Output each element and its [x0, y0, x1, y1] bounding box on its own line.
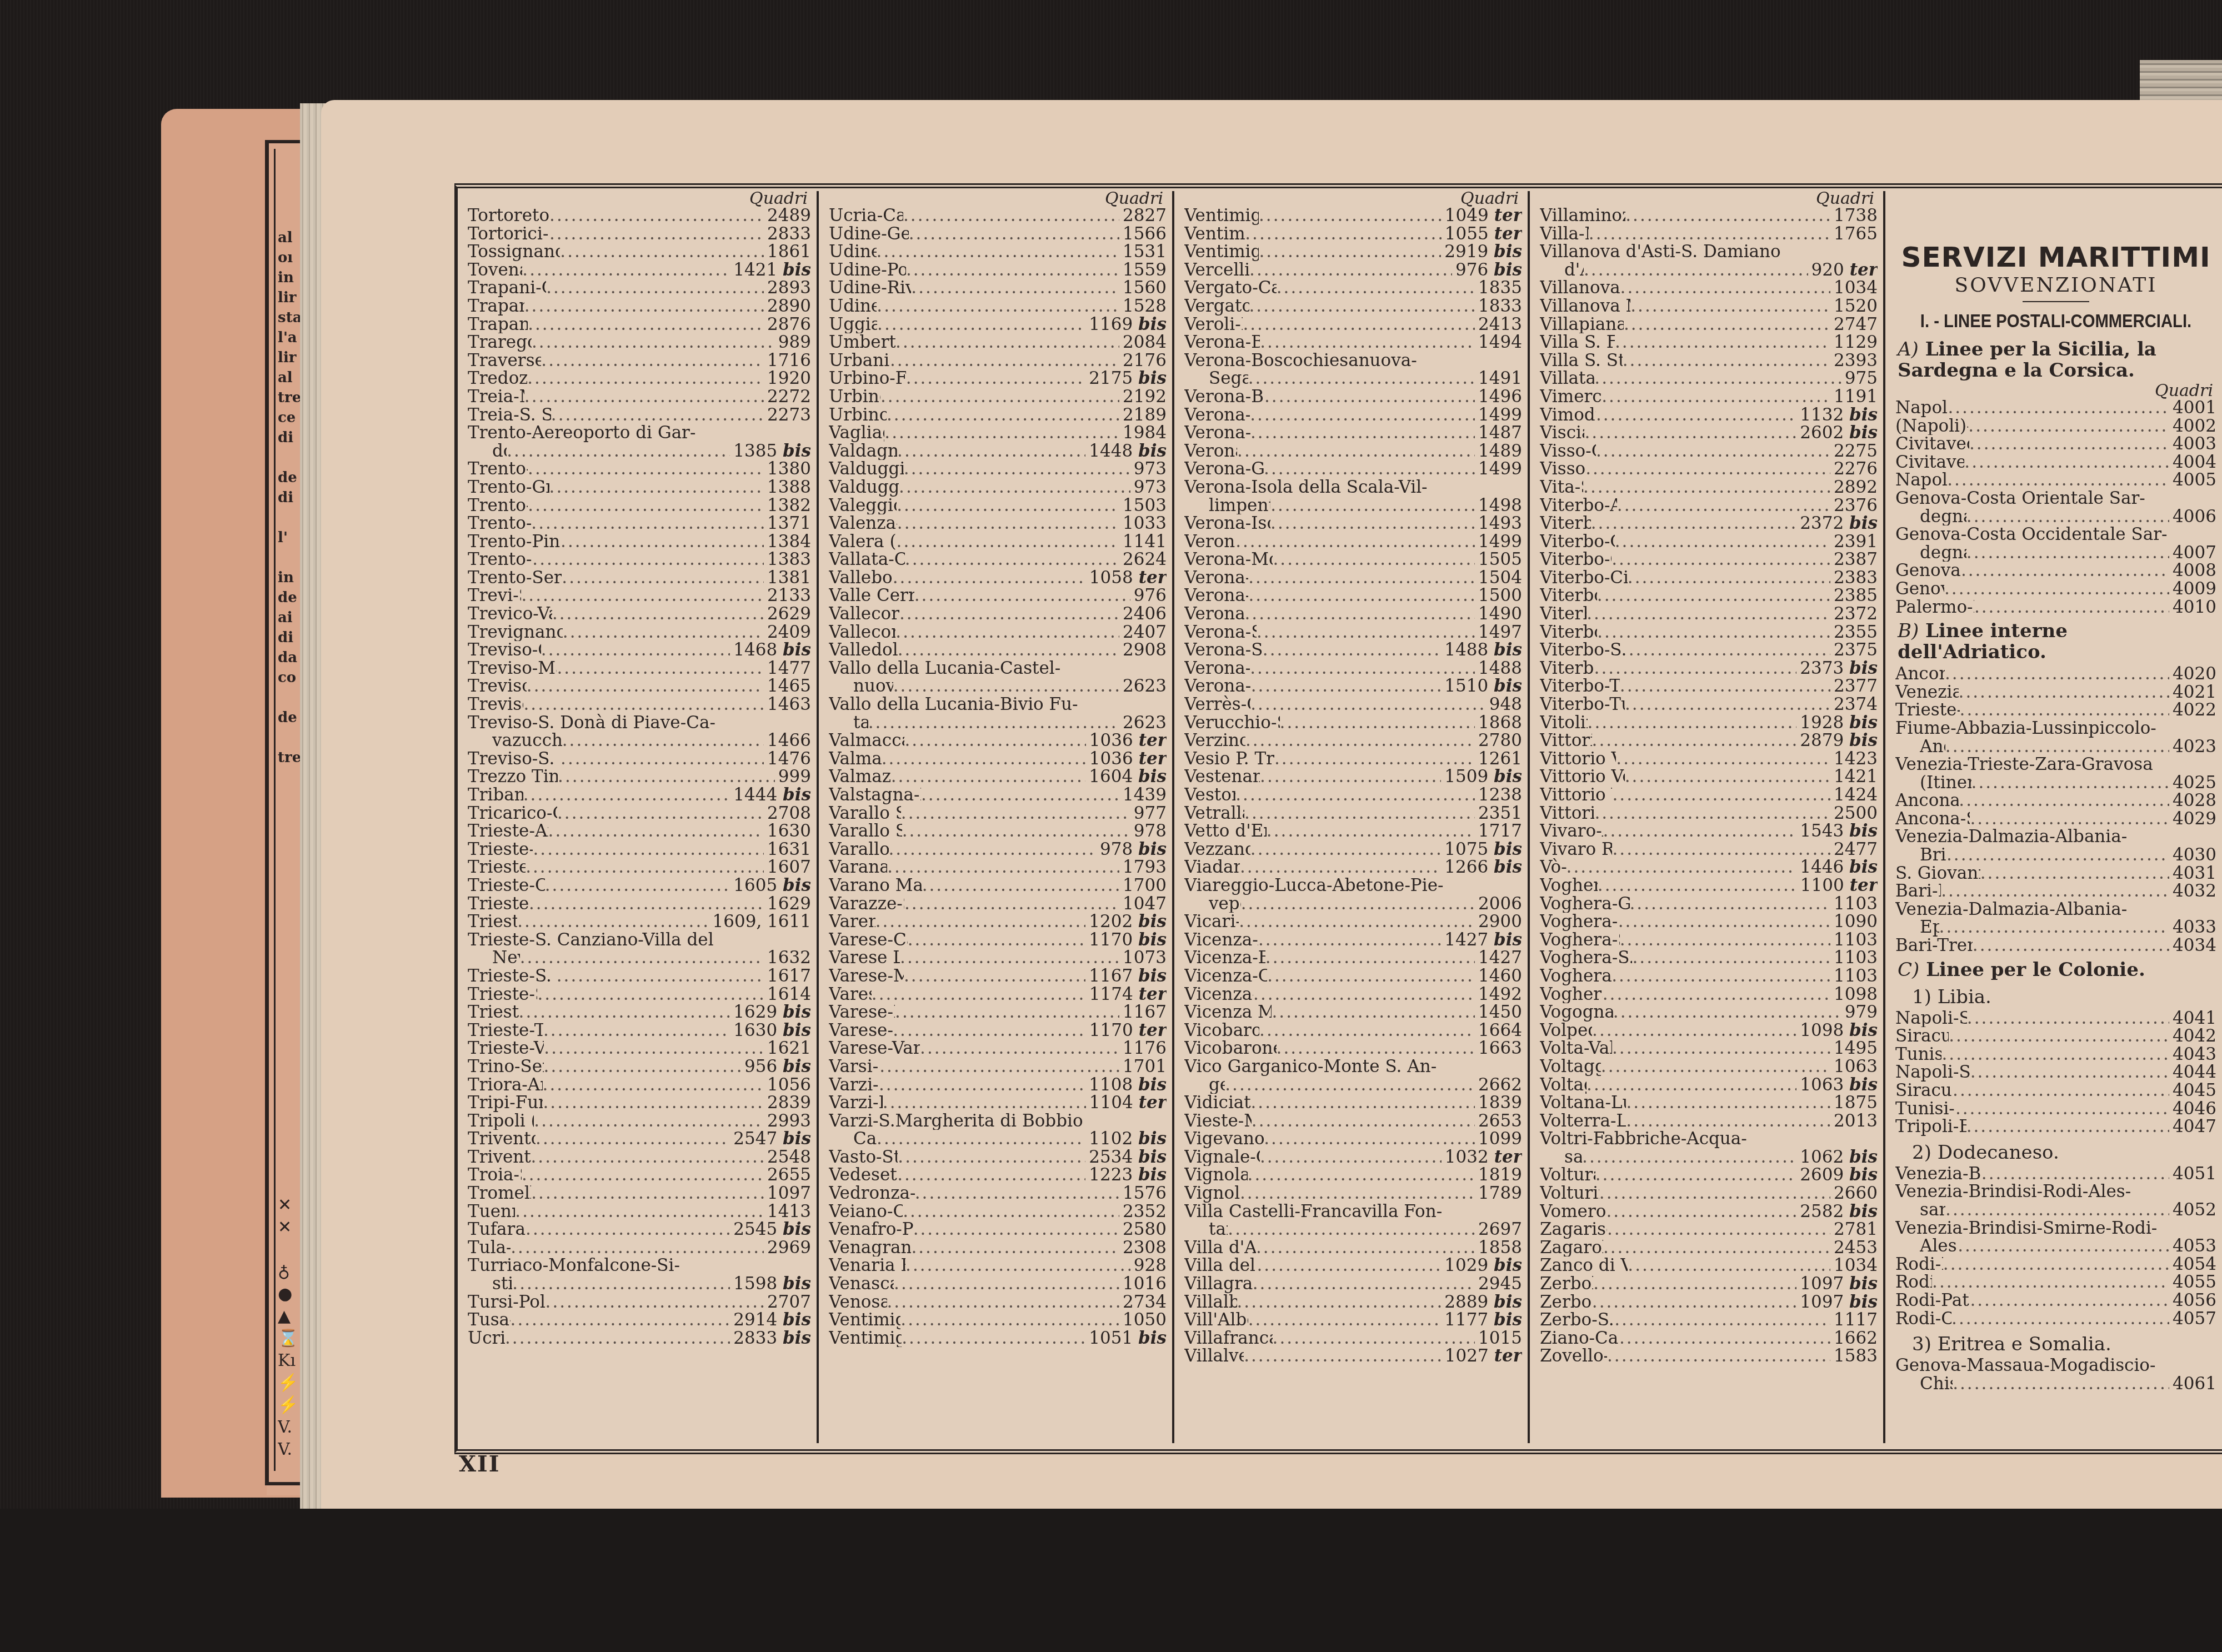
quadri-value: 1238: [1478, 786, 1522, 804]
leader-dots: [1596, 406, 1796, 424]
index-entry: Umbertide-Cortona2084: [829, 333, 1167, 352]
entry-name: Siracusa-Bengasi: [1895, 1082, 1953, 1100]
quadri-value: 1819: [1478, 1166, 1522, 1184]
quadri-value: 1090: [1834, 913, 1878, 931]
index-entry: Viadana-Brescello1266 bis: [1184, 858, 1522, 877]
entry-name: Verona-Povegliano: [1184, 587, 1248, 605]
entry-name: Valduggia-Borgosesia: [829, 460, 904, 478]
index-entry: Udine-Rivignano-Latisana1560: [829, 279, 1167, 297]
quadri-number: 1520: [1830, 297, 1878, 316]
quadri-number: 2273: [764, 406, 811, 424]
leader-dots: [1601, 1058, 1830, 1076]
quadri-value: 1543: [1800, 822, 1844, 840]
index-entry: Zagarise-Catanzaro2781: [1540, 1220, 1878, 1239]
group-heading: B) Linee interne dell'Adriatico.: [1895, 620, 2216, 663]
subgroup-heading: 2) Dodecaneso.: [1895, 1140, 2216, 1165]
index-entry: Vill'Albese-Erba Staz.1177 bis: [1184, 1311, 1522, 1329]
quadri-number: 2708: [764, 804, 811, 823]
quadri-value: 1868: [1478, 714, 1522, 732]
leader-dots: [891, 768, 1086, 786]
index-entry: Ancona-Spalato-Gravosa4029: [1895, 810, 2216, 828]
quadri-number: 1488 bis: [1441, 641, 1522, 659]
quadri-number: 2175 bis: [1085, 369, 1167, 388]
quadri-suffix: bis: [1138, 442, 1167, 460]
quadri-suffix: bis: [1138, 1329, 1167, 1348]
index-entry: Zerbo-S. Zenone-Pavia1117: [1540, 1311, 1878, 1329]
entry-continuation: nuovo Vallo2623: [829, 677, 1167, 695]
quadri-number: 4006: [2169, 508, 2216, 526]
entry-name: Trieste-S. Daniele del Carso: [468, 967, 557, 985]
index-entry: Tossignano-Borgo Tossignano1861: [468, 243, 811, 261]
entry-name: Viterbo-Bagnaia: [1540, 514, 1591, 533]
quadri-value: 2747: [1834, 316, 1878, 334]
quadri-number: 4009: [2169, 580, 2216, 598]
leader-dots: [543, 1022, 730, 1040]
entry-name: Bari-Tremiti-Manfredonia: [1895, 937, 1973, 955]
quadri-number: 1384: [764, 533, 811, 551]
leader-dots: [882, 750, 1086, 768]
leader-dots: [1603, 822, 1797, 840]
leader-dots: [1248, 587, 1475, 605]
entry-name: Treviso-Padova: [468, 695, 523, 714]
leader-dots: [1265, 949, 1475, 967]
entry-name: Zagarolo-Stazione: [1540, 1239, 1603, 1257]
quadri-value: 1793: [1123, 858, 1167, 877]
leader-dots: [1613, 1003, 1841, 1022]
index-entry: Varese-Varano Borghi Ternate1176: [829, 1039, 1167, 1058]
quadri-value: 4045: [2173, 1082, 2216, 1100]
entry-name: Ancona-Zara-Fiume: [1895, 792, 1959, 810]
quadri-number: 2548: [764, 1148, 811, 1167]
index-entry: Vò-Este1446 bis: [1540, 858, 1878, 877]
index-entry: Vezzano Ligure-Spezia1075 bis: [1184, 840, 1522, 859]
entry-name: Napoli-Siracusa-Tripoli: [1895, 1009, 1967, 1028]
entry-name: Volpedo-Voghera: [1540, 1022, 1592, 1040]
entry-name: Visso-Camerino: [1540, 442, 1596, 460]
entry-name: Napoli-Cagliari: [1895, 471, 1947, 489]
quadri-value: 2006: [1478, 895, 1522, 913]
index-entry: Tula-Ozieri2969: [468, 1239, 811, 1257]
quadri-value: 1016: [1123, 1275, 1167, 1293]
index-entry: Trivento-Montefalcone2547 bis: [468, 1130, 811, 1148]
leader-dots: [1945, 665, 2169, 683]
quadri-number: 1034: [1830, 279, 1878, 297]
quadri-value: 975: [1845, 369, 1878, 388]
quadri-number: 1029 bis: [1441, 1256, 1522, 1275]
index-entry: Traversetolo-Scurano1716: [468, 352, 811, 370]
leader-dots: [529, 895, 764, 913]
leader-dots: [1626, 1094, 1830, 1112]
index-entry: Trezzo Tinella-Bivio Trezzo999: [468, 768, 811, 786]
quadri-value: 973: [1134, 478, 1167, 497]
quadri-number: 1102 bis: [1085, 1130, 1167, 1148]
quadri-value: 1108: [1089, 1076, 1133, 1094]
quadri-number: 2879 bis: [1796, 732, 1878, 750]
index-entry: Ventimiglia-Perinaldo1050: [829, 1311, 1167, 1329]
entry-name: Vivaro Romano-Arsoli: [1540, 840, 1612, 859]
entry-name: Tribano-Conselve: [468, 786, 523, 804]
quadri-number: 1223 bis: [1085, 1166, 1167, 1184]
quadri-number: 2385: [1830, 587, 1878, 605]
leader-dots: [1239, 913, 1475, 931]
leader-dots: [1259, 243, 1441, 261]
quadri-value: 1382: [767, 497, 811, 515]
entry-name: Vivaro-Arba-Maniago: [1540, 822, 1603, 840]
index-entry: Viterbo-Tarquinia2373 bis: [1540, 659, 1878, 678]
quadri-suffix: bis: [1849, 1076, 1878, 1094]
quadri-number: 4041: [2169, 1009, 2216, 1028]
quadri-number: 978: [1130, 822, 1167, 840]
quadri-value: 2376: [1834, 497, 1878, 515]
index-entry: Viterbo-Acquapendente2376: [1540, 497, 1878, 515]
entry-name: Vergato-Castel Aiano-Montese: [1184, 279, 1277, 297]
index-entry: (Napoli)-Palermo-Tunisi4002: [1895, 417, 2216, 435]
quadri-value: 2655: [767, 1166, 811, 1184]
leader-dots: [1964, 453, 2169, 472]
quadri-number: 1056: [764, 1076, 811, 1094]
leader-dots: [1277, 1039, 1475, 1058]
entry-continuation: degna-Palermo4007: [1895, 544, 2216, 562]
entry-name: Veroli-Frosinone: [1184, 316, 1243, 334]
entry-name: Venezia-Dalmazia-Albania-: [1895, 828, 2216, 846]
quadri-value: 1097: [1800, 1275, 1844, 1293]
entry-name: Voghera-Casteggio: [1540, 877, 1598, 895]
leader-dots: [1624, 316, 1830, 334]
quadri-number: 4010: [2169, 598, 2216, 617]
quadri-value: 1015: [1478, 1329, 1522, 1348]
entry-name: Tripoli (Autovie di): [468, 1112, 534, 1130]
leader-dots: [528, 497, 764, 515]
quadri-value: 2993: [767, 1112, 811, 1130]
leader-dots: [887, 1293, 1120, 1311]
leader-dots: [1603, 1239, 1830, 1257]
quadri-number: 1100 ter: [1797, 877, 1878, 895]
quadri-number: 1032 ter: [1442, 1148, 1522, 1167]
entry-name: Rodi-Pathmos: [1895, 1255, 1943, 1274]
entry-name: Trieste-Comeno: [468, 858, 526, 877]
entry-name: Vedronza-Tarcento-Cividale: [829, 1184, 915, 1203]
quadri-number: 4047: [2169, 1118, 2216, 1136]
quadri-number: 1663: [1475, 1039, 1522, 1058]
leader-dots: [1968, 417, 2169, 435]
index-entry: Venosa-Stazione2734: [829, 1293, 1167, 1311]
quadri-number: 1033: [1119, 514, 1167, 533]
entry-name: Vicenza-Camisano-Padova: [1184, 967, 1267, 985]
entry-name: Tunisi-Sfax-Tripoli: [1895, 1100, 1955, 1118]
leader-dots: [1625, 768, 1830, 786]
entry-name-cont: sandria: [1920, 1201, 1945, 1219]
entry-name: Civitavecchia-Cagliari: [1895, 453, 1964, 472]
index-entry: Villa S. Stefano-Frosinone2393: [1540, 352, 1878, 370]
index-entry: Tortorici-Capo d'Orlando2833: [468, 225, 811, 243]
quadri-number: 2919 bis: [1441, 243, 1522, 261]
quadri-value: 1421: [1834, 768, 1878, 786]
index-entry: Viterbo-Tuscania-Cellere2377: [1540, 677, 1878, 695]
quadri-suffix: bis: [1849, 732, 1878, 750]
index-entry: Vicenza-Lago Fimon1492: [1184, 985, 1522, 1004]
leader-dots: [899, 478, 1130, 497]
quadri-number: 1493: [1475, 514, 1522, 533]
quadri-value: 1630: [733, 1022, 777, 1040]
leader-dots: [1277, 279, 1475, 297]
quadri-suffix: bis: [783, 1003, 811, 1022]
quadri-number: 1468 bis: [730, 641, 811, 659]
quadri-number: 4029: [2169, 810, 2216, 828]
quadri-number: 4025: [2169, 774, 2216, 792]
index-entry: Voghera-Casteggio1100 ter: [1540, 877, 1878, 895]
quadri-value: 1476: [767, 750, 811, 768]
index-entry: Varallo Sesia-Alagna977: [829, 804, 1167, 823]
index-entry: Villata-Vercelli975: [1540, 369, 1878, 388]
quadri-value: 1492: [1478, 985, 1522, 1004]
quadri-suffix: ter: [1850, 877, 1878, 895]
quadri-value: 2945: [1478, 1275, 1522, 1293]
leader-dots: [1943, 1255, 2169, 1274]
quadri-value: 1033: [1123, 514, 1167, 533]
quadri-value: 1261: [1478, 750, 1522, 768]
index-entry: Vogogna-Macugnaga979: [1540, 1003, 1878, 1022]
quadri-number: 2006: [1475, 895, 1522, 913]
leader-dots: [531, 1148, 764, 1167]
index-entry: Trevignano Romano-Bracciano2409: [468, 623, 811, 642]
quadri-value: 1100: [1800, 877, 1844, 895]
leader-dots: [1248, 1166, 1475, 1184]
entry-name: Varese Ligure-Spezia: [829, 949, 900, 967]
quadri-value: 1839: [1478, 1094, 1522, 1112]
index-entry: Valle Cerrina-Crescentino976: [829, 587, 1167, 605]
index-entry: Triora-Arma di Taggia1056: [468, 1076, 811, 1094]
leader-dots: [1588, 714, 1797, 732]
quadri-number: 1738: [1830, 207, 1878, 225]
entry-name: Venezia-Brindisi-Rodi-Smirne.: [1895, 1165, 1981, 1183]
quadri-value: 1385: [733, 442, 777, 460]
quadri-number: 1598 bis: [730, 1275, 811, 1293]
quadri-value: 1098: [1834, 985, 1878, 1004]
maritime-subtitle: SOVVENZIONATI: [1895, 273, 2216, 298]
quadri-value: 1032: [1445, 1148, 1489, 1167]
entry-name-cont: dolo: [492, 442, 507, 460]
leader-dots: [897, 1166, 1085, 1184]
quadri-value: 1174: [1089, 985, 1133, 1004]
entry-name: Tredozio-Faenza: [468, 369, 527, 388]
index-entry: Tripoli (Autovie di)2993: [468, 1112, 811, 1130]
index-entry: Vivaro-Arba-Maniago1543 bis: [1540, 822, 1878, 840]
index-entry: Zagarolo-Stazione2453: [1540, 1239, 1878, 1257]
entry-name: Vetralla-Stazione: [1184, 804, 1244, 823]
quadri-value: 2697: [1478, 1220, 1522, 1239]
quadri-number: 1488: [1475, 659, 1522, 678]
quadri-value: 1663: [1478, 1039, 1522, 1058]
entry-name: Vallo della Lucania-Bivio Fu-: [829, 695, 1167, 714]
leader-dots: [1628, 569, 1830, 587]
quadri-value: 2500: [1834, 804, 1878, 823]
leader-dots: [1612, 550, 1830, 569]
quadri-number: 1528: [1119, 297, 1167, 316]
quadri-number: 1098: [1830, 985, 1878, 1004]
index-entry: Tripoli-Bengasi-Tobruk4047: [1895, 1118, 2216, 1136]
quadri-value: 2879: [1800, 732, 1844, 750]
index-entry: Vignola-Pavullo1789: [1184, 1184, 1522, 1203]
quadri-value: 2276: [1834, 460, 1878, 478]
quadri-suffix: bis: [1494, 768, 1522, 786]
leader-dots: [1630, 895, 1831, 913]
index-entry: Varzi-S.Margherita di BobbioCasone1102 b…: [829, 1112, 1167, 1148]
index-entry: Trieste-Cortina d'Ampezzo.1605 bis: [468, 877, 811, 895]
entry-continuation: santa1062 bis: [1540, 1148, 1878, 1167]
quadri-number: 1090: [1830, 913, 1878, 931]
quadri-value: 1450: [1478, 1003, 1522, 1022]
index-entry: Trieste-Aidussina (Idria)1630: [468, 822, 811, 840]
quadri-value: 1097: [1800, 1293, 1844, 1311]
leader-dots: [1582, 1148, 1796, 1167]
index-entry: Villapiana-Torre Cerchiara2747: [1540, 316, 1878, 334]
quadri-suffix: bis: [1849, 714, 1878, 732]
entry-name: Voltaggio-Busalla: [1540, 1058, 1601, 1076]
leader-dots: [531, 1184, 764, 1203]
quadri-number: 4052: [2169, 1201, 2216, 1219]
quadri-value: 1477: [767, 659, 811, 678]
entry-name: Vittorio Veneto-Conegliano: [1540, 768, 1625, 786]
entry-name: Varana-Sassuolo: [829, 858, 887, 877]
quadri-value: 1050: [1123, 1311, 1167, 1329]
leader-dots: [512, 1275, 730, 1293]
quadri-suffix: bis: [1138, 369, 1167, 388]
index-entry: Trapani-Castellammare2893: [468, 279, 811, 297]
entry-name: Palermo-Pantelleria-Tunisi: [1895, 598, 1974, 617]
index-entry: Tricarico-Grassano Stazione2708: [468, 804, 811, 823]
quadri-value: 2407: [1123, 623, 1167, 642]
index-entry: Verona-Boscochiesanuova-Sega di Ala1491: [1184, 352, 1522, 388]
leader-dots: [541, 352, 764, 370]
quadri-suffix: bis: [1494, 1311, 1522, 1329]
leader-dots: [889, 840, 1097, 859]
leader-dots: [552, 605, 764, 623]
leader-dots: [887, 406, 1119, 424]
quadri-number: 1560: [1119, 279, 1167, 297]
quadri-suffix: ter: [1494, 225, 1522, 243]
index-entry: Verona-Bellori-Erbezzo1494: [1184, 333, 1522, 352]
quadri-value: 920: [1811, 261, 1844, 279]
entry-name: Genova-Costa Orientale Sar-: [1895, 489, 2216, 508]
quadri-value: 976: [1455, 261, 1488, 279]
quadri-suffix: bis: [1494, 931, 1522, 949]
leader-dots: [1945, 1201, 2169, 1219]
quadri-number: 975: [1841, 369, 1878, 388]
entry-name: Villa Castelli-Francavilla Fon-: [1184, 1203, 1522, 1221]
quadri-suffix: bis: [783, 877, 811, 895]
leader-dots: [1251, 1094, 1475, 1112]
leader-dots: [1253, 985, 1475, 1004]
quadri-number: 1492: [1475, 985, 1522, 1004]
entry-name: Vignola-Pavullo: [1184, 1184, 1240, 1203]
index-entry: Ucria-Patti2833 bis: [468, 1329, 811, 1348]
quadri-value: 1117: [1834, 1311, 1878, 1329]
quadri-value: 1103: [1834, 967, 1878, 985]
quadri-number: 1629 bis: [730, 1003, 811, 1022]
leader-dots: [1615, 533, 1830, 551]
quadri-number: 1450: [1475, 1003, 1522, 1022]
quadri-number: 1383: [764, 550, 811, 569]
quadri-number: 1385 bis: [730, 442, 811, 460]
entry-name: Varenna-Esino: [829, 913, 875, 931]
quadri-value: 1493: [1478, 514, 1522, 533]
leader-dots: [546, 1293, 764, 1311]
leader-dots: [904, 732, 1085, 750]
quadri-number: 4042: [2169, 1027, 2216, 1045]
quadri-value: 2374: [1834, 695, 1878, 714]
entry-name: Napoli-Palermo: [1895, 399, 1948, 417]
leader-dots: [1597, 623, 1830, 642]
leader-dots: [1250, 659, 1475, 678]
leader-dots: [1243, 316, 1475, 334]
quadri-number: 4005: [2169, 471, 2216, 489]
index-entry: Udine-Varmo1528: [829, 297, 1167, 316]
entry-continuation: Ancona4023: [1895, 738, 2216, 756]
leader-dots: [1237, 1293, 1442, 1311]
leader-dots: [898, 1148, 1085, 1167]
index-entry: Tromello-Mortara1097: [468, 1184, 811, 1203]
quadri-number: 2945: [1475, 1275, 1522, 1293]
entry-name: Villalvernia-Tortona: [1184, 1347, 1244, 1365]
quadri-value: 4010: [2173, 598, 2216, 617]
index-entry: Visso-Camerino2275: [1540, 442, 1878, 460]
quadri-number: 2189: [1119, 406, 1167, 424]
quadri-value: 2409: [767, 623, 811, 642]
leader-dots: [528, 460, 764, 478]
index-entry: Volpedo-Voghera1098 bis: [1540, 1022, 1878, 1040]
index-entry: Visciano-Nola2602 bis: [1540, 424, 1878, 442]
quadri-number: 4033: [2169, 918, 2216, 937]
entry-name: Napoli-Siracusa-Bengasi: [1895, 1063, 1970, 1082]
quadri-number: 1423: [1830, 750, 1878, 768]
group-heading: C) Linee per le Colonie.: [1895, 959, 2216, 980]
leader-dots: [1630, 297, 1830, 316]
quadri-value: 2013: [1834, 1112, 1878, 1130]
entry-name: Verona-Pescantina: [1184, 569, 1248, 587]
entry-name: Treviso-Meduna: [468, 677, 527, 695]
quadri-number: 1444 bis: [730, 786, 811, 804]
quadri-value: 1833: [1478, 297, 1522, 316]
quadri-number: 2781: [1830, 1220, 1878, 1239]
entry-name: Genova-Porto Torres: [1895, 562, 1961, 580]
index-entry: Trapani-Paceco2890: [468, 297, 811, 316]
quadri-value: 1104: [1089, 1094, 1133, 1112]
entry-name: Viadana-Brescello: [1184, 858, 1240, 877]
quadri-number: 1835: [1475, 279, 1522, 297]
index-entry: Fiume-Abbazia-Lussinpiccolo-Ancona4023: [1895, 719, 2216, 755]
index-entry: Venasca-Sampeyre1016: [829, 1275, 1167, 1293]
quadri-suffix: bis: [1138, 768, 1167, 786]
quadri-suffix: ter: [1494, 1148, 1522, 1167]
quadri-value: 1380: [767, 460, 811, 478]
quadri-value: 2890: [767, 297, 811, 316]
entry-name: Vestone-Tione: [1184, 786, 1235, 804]
entry-name: Trieste-Cacciatore: [468, 840, 533, 859]
index-entry: Villa del Foro-Alessandria1029 bis: [1184, 1256, 1522, 1275]
quadri-value: 4022: [2173, 701, 2216, 719]
index-entry: Verona-Montorio-Velo Veron.1505: [1184, 550, 1522, 569]
quadri-number: 2609 bis: [1796, 1166, 1878, 1184]
entry-name: Uggiate-Varese: [829, 316, 877, 334]
leader-dots: [893, 569, 1086, 587]
index-entry: Genova-Costa Occidentale Sar-degna-Paler…: [1895, 525, 2216, 562]
leader-dots: [1603, 985, 1830, 1004]
entry-continuation: vepelago2006: [1184, 895, 1522, 913]
quadri-number: 1058 ter: [1086, 569, 1167, 587]
index-entry: Varese-Sesto Calende1170 ter: [829, 1022, 1167, 1040]
quadri-value: 1384: [767, 533, 811, 551]
quadri-value: 2355: [1834, 623, 1878, 642]
